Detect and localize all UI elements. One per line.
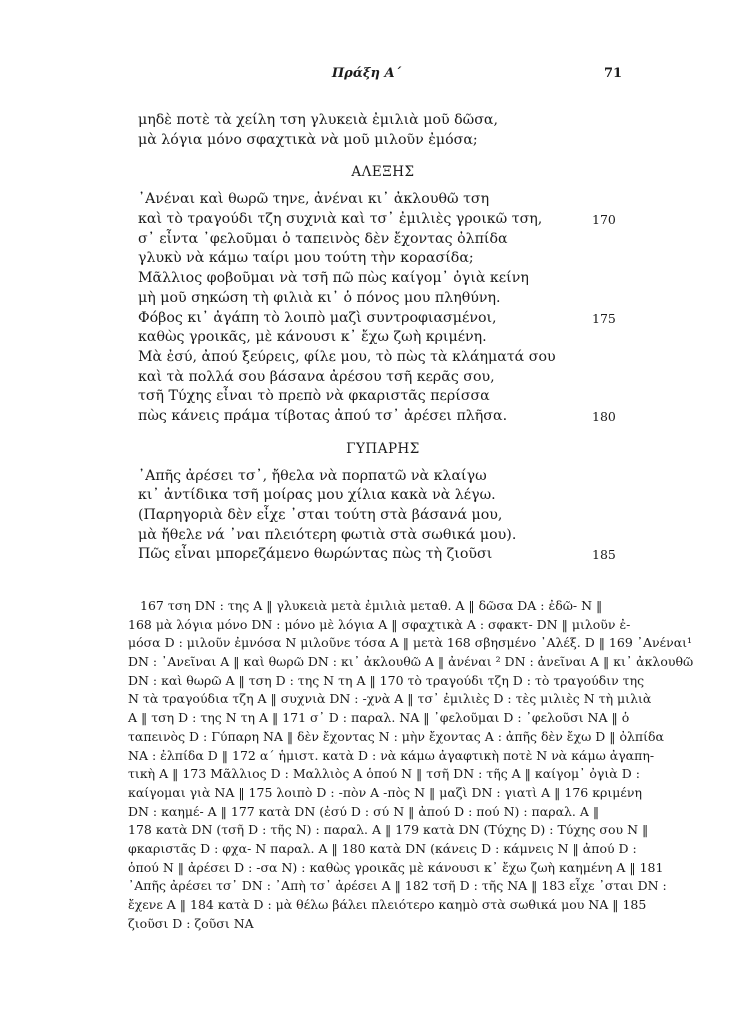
verse-line: σ᾿ εἶντα ᾿φελοῦμαι ὁ ταπεινὸς δὲν ἔχοντα…	[138, 230, 628, 250]
line-number: 185	[592, 545, 616, 565]
line-number: 170	[592, 210, 616, 230]
verse-line-text: καθὼς γροικᾶς, μὲ κάνουσι κ᾿ ἔχω ζωὴ κρι…	[138, 329, 487, 345]
verse-line-text: μὰ ἤθελε νά ᾿ναι πλειότερη φωτιὰ στὰ σωθ…	[138, 527, 516, 543]
verse-line-text: Μὰ ἐσύ, ἀπού ξεύρεις, φίλε μου, τὸ πὼς τ…	[138, 349, 556, 365]
verse-line: Πῶς εἶναι μπορεζάμενο θωρώντας πὼς τὴ ζι…	[138, 545, 628, 565]
verse-line-text: γλυκὺ νὰ κάμω ταίρι μου τούτη τὴν κορασί…	[138, 250, 474, 266]
verse-line-text: Πῶς εἶναι μπορεζάμενο θωρώντας πὼς τὴ ζι…	[138, 546, 492, 562]
apparatus-line: μόσα D : μιλοῦν ἐμνόσα N μιλοῦνε τόσα A …	[128, 634, 628, 653]
verse-line: μηδὲ ποτὲ τὰ χείλη τση γλυκειὰ ἐμιλιὰ μο…	[138, 111, 628, 131]
apparatus-line: N τὰ τραγούδια τζη A ‖ συχνιὰ DN : -χνὰ …	[128, 690, 628, 709]
apparatus-line: NA : ἐλπίδα D ‖ 172 α΄ ἡμιστ. κατὰ D : ν…	[128, 747, 628, 766]
apparatus-line: 178 κατὰ DN (τσῆ D : τῆς N) : παραλ. A ‖…	[128, 821, 628, 840]
verse-line-text: καὶ τὸ τραγούδι τζη συχνιὰ καὶ τσ᾿ ἐμιλι…	[138, 211, 542, 227]
verse-line-text: (Παρηγοριὰ δὲν εἶχε ᾿σται τούτη στὰ βάσα…	[138, 507, 502, 523]
verse-line: καὶ τὰ πολλά σου βάσανα ἀρέσου τσῆ κερᾶς…	[138, 368, 628, 388]
verse-line: Μᾶλλιος φοβοῦμαι νὰ τσῆ πῶ πὼς καίγομ᾿ ὀ…	[138, 269, 628, 289]
apparatus-line: ταπεινὸς D : Γύπαρη NA ‖ δὲν ἔχοντας N :…	[128, 728, 628, 747]
verse-line: γλυκὺ νὰ κάμω ταίρι μου τούτη τὴν κορασί…	[138, 249, 628, 269]
verse-line: τσῆ Τύχης εἶναι τὸ πρεπὸ νὰ φκαριστᾶς πε…	[138, 387, 628, 407]
verse-line-text: ᾿Απῆς ἀρέσει τσ᾿, ἤθελα νὰ πορπατῶ νὰ κλ…	[138, 468, 487, 484]
verse-line-text: τσῆ Τύχης εἶναι τὸ πρεπὸ νὰ φκαριστᾶς πε…	[138, 388, 490, 404]
verse-line-text: πὼς κάνεις πράμα τίβοτας ἀπού τσ᾿ ἀρέσει…	[138, 408, 507, 424]
verse-line: μὴ μοῦ σηκώση τὴ φιλιὰ κι᾿ ὁ πόνος μου π…	[138, 289, 628, 309]
verse-line-text: Φόβος κι᾿ ἀγάπη τὸ λοιπὸ μαζὶ συντροφιασ…	[138, 310, 497, 326]
apparatus-line: 167 τση DN : της A ‖ γλυκειὰ μετὰ ἐμιλιὰ…	[128, 597, 628, 616]
line-number: 175	[592, 309, 616, 329]
apparatus-line: 168 μὰ λόγια μόνο DN : μόνο μὲ λόγια A ‖…	[128, 616, 628, 635]
verse-line-text: μὴ μοῦ σηκώση τὴ φιλιὰ κι᾿ ὁ πόνος μου π…	[138, 290, 501, 306]
verse-line: μὰ ἤθελε νά ᾿ναι πλειότερη φωτιὰ στὰ σωθ…	[138, 526, 628, 546]
apparatus-line: DN : καὶ θωρῶ A ‖ τση D : της N τη A ‖ 1…	[128, 672, 628, 691]
verse-line: Μὰ ἐσύ, ἀπού ξεύρεις, φίλε μου, τὸ πὼς τ…	[138, 348, 628, 368]
verse-line-text: κι᾿ ἀντίδικα τσῆ μοίρας μου χίλια κακὰ ν…	[138, 487, 496, 503]
verse-line-text: Μᾶλλιος φοβοῦμαι νὰ τσῆ πῶ πὼς καίγομ᾿ ὀ…	[138, 270, 529, 286]
verse-line: (Παρηγοριὰ δὲν εἶχε ᾿σται τούτη στὰ βάσα…	[138, 506, 628, 526]
apparatus-line: ὁπού N ‖ ἀρέσει D : -σα N) : καθὼς γροικ…	[128, 859, 628, 878]
line-number: 180	[592, 407, 616, 427]
verse-line: ᾿Ανέναι καὶ θωρῶ τηνε, ἀνέναι κι᾿ ἀκλουθ…	[138, 190, 628, 210]
verse-text: μηδὲ ποτὲ τὰ χείλη τση γλυκειὰ ἐμιλιὰ μο…	[138, 111, 628, 565]
page-number: 71	[604, 66, 622, 81]
verse-line: κι᾿ ἀντίδικα τσῆ μοίρας μου χίλια κακὰ ν…	[138, 486, 628, 506]
apparatus-line: ἔχενε A ‖ 184 κατὰ D : μὰ θέλω βάλει πλε…	[128, 896, 628, 915]
verse-line-text: καὶ τὰ πολλά σου βάσανα ἀρέσου τσῆ κερᾶς…	[138, 369, 495, 385]
apparatus-line: DN : ᾿Ανεῖναι A ‖ καὶ θωρῶ DN : κι᾿ ἀκλο…	[128, 653, 628, 672]
verse-line: Φόβος κι᾿ ἀγάπη τὸ λοιπὸ μαζὶ συντροφιασ…	[138, 309, 628, 329]
apparatus-line: DN : καημέ- A ‖ 177 κατὰ DN (ἐσύ D : σύ …	[128, 803, 628, 822]
apparatus-line: φκαριστᾶς D : φχα- N παραλ. A ‖ 180 κατὰ…	[128, 840, 628, 859]
apparatus-line: A ‖ τση D : της N τη A ‖ 171 σ᾿ D : παρα…	[128, 709, 628, 728]
verse-line: καθὼς γροικᾶς, μὲ κάνουσι κ᾿ ἔχω ζωὴ κρι…	[138, 328, 628, 348]
speaker-name: ΓΥΠΑΡΗΣ	[138, 427, 628, 467]
critical-apparatus: 167 τση DN : της A ‖ γλυκειὰ μετὰ ἐμιλιὰ…	[128, 597, 628, 933]
apparatus-line: ζιοῦσι D : ζοῦσι NA	[128, 915, 628, 934]
verse-line: μὰ λόγια μόνο σφαχτικὰ νὰ μοῦ μιλοῦν ἐμό…	[138, 131, 628, 151]
verse-line: καὶ τὸ τραγούδι τζη συχνιὰ καὶ τσ᾿ ἐμιλι…	[138, 210, 628, 230]
apparatus-line: καίγομαι γιὰ NA ‖ 175 λοιπὸ D : -πὸν A -…	[128, 784, 628, 803]
verse-line-text: ᾿Ανέναι καὶ θωρῶ τηνε, ἀνέναι κι᾿ ἀκλουθ…	[138, 191, 489, 207]
speaker-name: ΑΛΕΞΗΣ	[138, 150, 628, 190]
verse-line: πὼς κάνεις πράμα τίβοτας ἀπού τσ᾿ ἀρέσει…	[138, 407, 628, 427]
verse-line: ᾿Απῆς ἀρέσει τσ᾿, ἤθελα νὰ πορπατῶ νὰ κλ…	[138, 467, 628, 487]
running-title: Πράξη Α΄	[0, 66, 733, 81]
verse-line-text: μὰ λόγια μόνο σφαχτικὰ νὰ μοῦ μιλοῦν ἐμό…	[138, 132, 478, 148]
apparatus-line: ᾿Απῆς ἀρέσει τσ᾿ DN : ᾿Απὴ τσ᾿ ἀρέσει A …	[128, 877, 628, 896]
verse-line-text: μηδὲ ποτὲ τὰ χείλη τση γλυκειὰ ἐμιλιὰ μο…	[138, 112, 498, 128]
verse-line-text: σ᾿ εἶντα ᾿φελοῦμαι ὁ ταπεινὸς δὲν ἔχοντα…	[138, 231, 508, 247]
apparatus-line: τικὴ A ‖ 173 Μᾶλλιος D : Μαλλιὸς A ὁπού …	[128, 765, 628, 784]
